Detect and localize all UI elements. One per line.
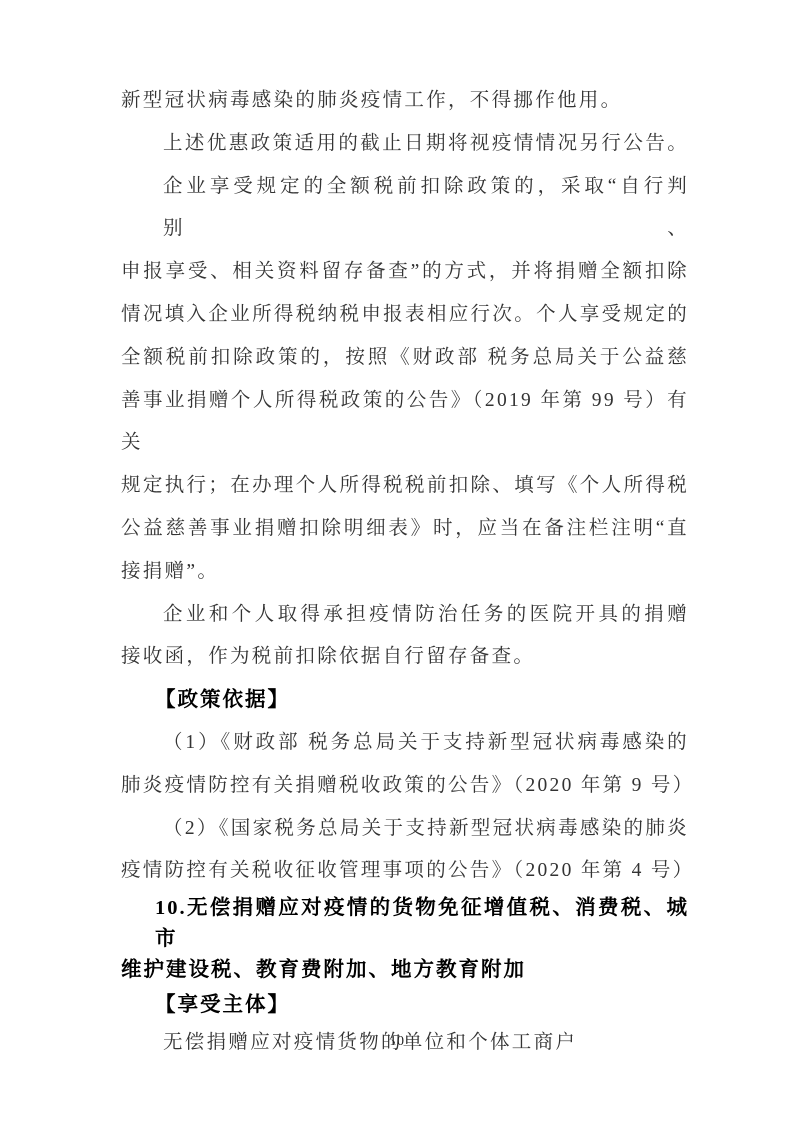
text-line: 情况填入企业所得税纳税申报表相应行次。个人享受规定的 <box>121 294 689 337</box>
section-heading: 【享受主体】 <box>121 986 689 1024</box>
text-line: 接收函，作为税前扣除依据自行留存备查。 <box>121 636 689 679</box>
text-line: 【享受主体】 <box>121 986 689 1024</box>
text-line: 上述优惠政策适用的截止日期将视疫情情况另行公告。 <box>121 123 689 166</box>
text-line: 全额税前扣除政策的，按照《财政部 税务总局关于公益慈 <box>121 337 689 380</box>
text-line: 肺炎疫情防控有关捐赠税收政策的公告》（2020 年第 9 号） <box>121 765 689 808</box>
text-line: 企业享受规定的全额税前扣除政策的，采取“自行判别、 <box>121 166 689 252</box>
text-line: （2）《国家税务总局关于支持新型冠状病毒感染的肺炎 <box>121 808 689 851</box>
paragraph: 新型冠状病毒感染的肺炎疫情工作，不得挪作他用。 <box>121 80 689 123</box>
paragraph: （1）《财政部 税务总局关于支持新型冠状病毒感染的肺炎疫情防控有关捐赠税收政策的… <box>121 722 689 808</box>
document-page: 新型冠状病毒感染的肺炎疫情工作，不得挪作他用。上述优惠政策适用的截止日期将视疫情… <box>0 0 794 1123</box>
page-number: 10 <box>0 1034 794 1050</box>
text-line: 申报享受、相关资料留存备查”的方式，并将捐赠全额扣除 <box>121 251 689 294</box>
paragraph: 企业享受规定的全额税前扣除政策的，采取“自行判别、申报享受、相关资料留存备查”的… <box>121 166 689 594</box>
text-line: 规定执行；在办理个人所得税税前扣除、填写《个人所得税 <box>121 465 689 508</box>
text-line: 善事业捐赠个人所得税政策的公告》（2019 年第 99 号）有关 <box>121 380 689 466</box>
text-line: 公益慈善事业捐赠扣除明细表》时，应当在备注栏注明“直 <box>121 508 689 551</box>
text-line: 企业和个人取得承担疫情防治任务的医院开具的捐赠 <box>121 594 689 637</box>
text-line: （1）《财政部 税务总局关于支持新型冠状病毒感染的 <box>121 722 689 765</box>
paragraph: 企业和个人取得承担疫情防治任务的医院开具的捐赠接收函，作为税前扣除依据自行留存备… <box>121 594 689 680</box>
paragraph: （2）《国家税务总局关于支持新型冠状病毒感染的肺炎疫情防控有关税收征收管理事项的… <box>121 808 689 894</box>
page-content: 新型冠状病毒感染的肺炎疫情工作，不得挪作他用。上述优惠政策适用的截止日期将视疫情… <box>121 80 689 1062</box>
text-line: 新型冠状病毒感染的肺炎疫情工作，不得挪作他用。 <box>121 80 689 123</box>
text-line: 【政策依据】 <box>121 679 689 722</box>
section-heading: 10.无偿捐赠应对疫情的货物免征增值税、消费税、城市维护建设税、教育费附加、地方… <box>121 893 689 986</box>
section-heading: 【政策依据】 <box>121 679 689 722</box>
text-line: 10.无偿捐赠应对疫情的货物免征增值税、消费税、城市 <box>121 893 689 955</box>
text-line: 维护建设税、教育费附加、地方教育附加 <box>121 955 689 986</box>
paragraph: 上述优惠政策适用的截止日期将视疫情情况另行公告。 <box>121 123 689 166</box>
text-line: 接捐赠”。 <box>121 551 689 594</box>
text-line: 疫情防控有关税收征收管理事项的公告》（2020 年第 4 号） <box>121 850 689 893</box>
